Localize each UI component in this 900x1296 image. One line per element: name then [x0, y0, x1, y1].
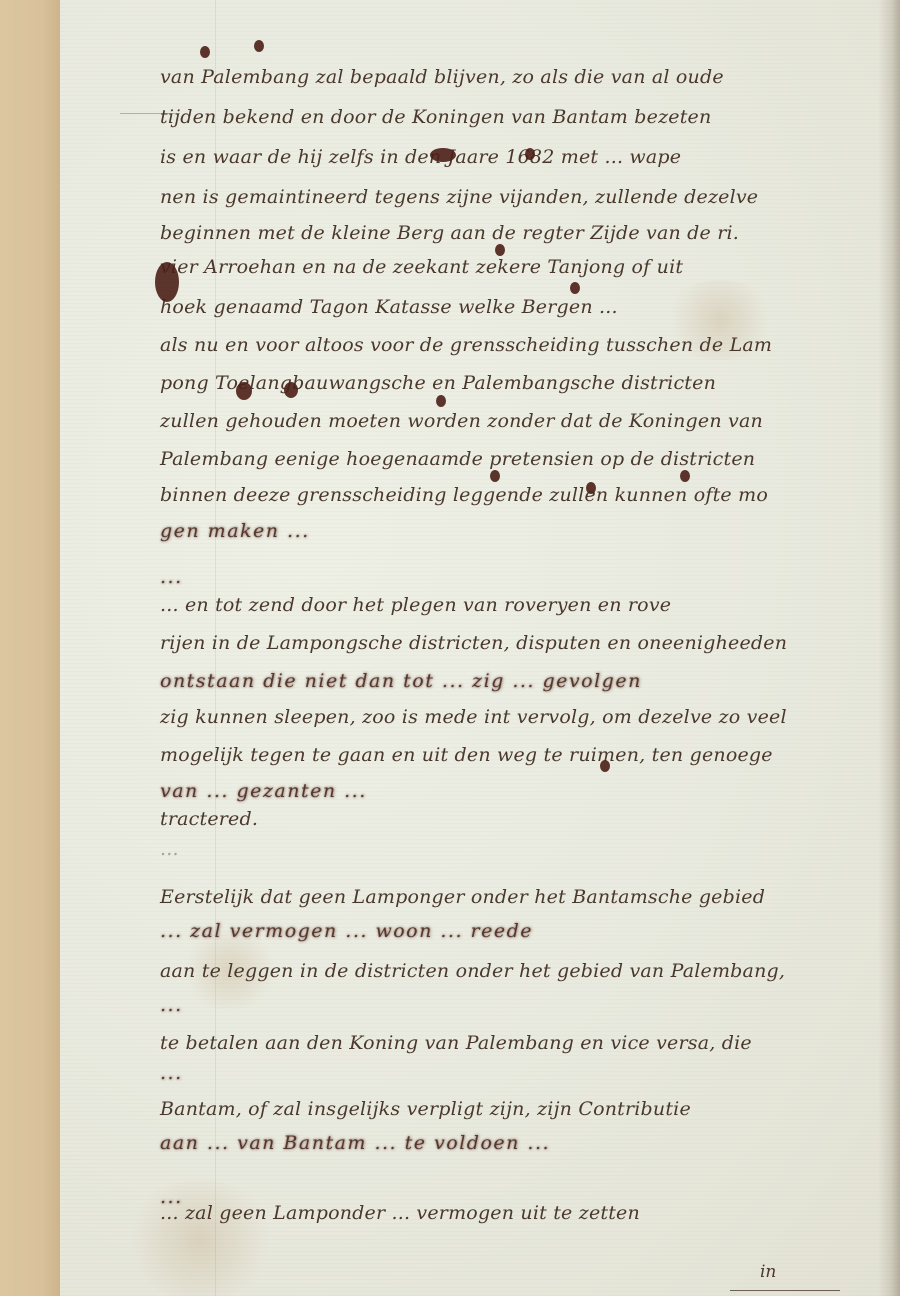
ink-blot: [570, 282, 580, 294]
text-line-bleed: ...: [160, 1062, 880, 1084]
text-line-bleed: ... zal vermogen ... woon ... reede: [160, 920, 880, 942]
text-line-bleed: aan ... van Bantam ... te voldoen ...: [160, 1132, 880, 1154]
ink-blot: [254, 40, 264, 52]
text-line: tractered.: [160, 808, 880, 830]
ink-blot: [430, 148, 456, 162]
ink-blot: [495, 244, 505, 256]
text-line: nen is gemaintineerd tegens zijne vijand…: [160, 186, 880, 208]
text-line: mogelijk tegen te gaan en uit den weg te…: [160, 744, 880, 766]
catchword-flourish: [730, 1290, 840, 1291]
ink-blot: [490, 470, 500, 482]
text-line: pong Toelangbauwangsche en Palembangsche…: [160, 372, 880, 394]
text-line: vier Arroehan en na de zeekant zekere Ta…: [160, 256, 880, 278]
text-line: zig kunnen sleepen, zoo is mede int verv…: [160, 706, 880, 728]
text-line: zullen gehouden moeten worden zonder dat…: [160, 410, 880, 432]
ink-blot: [200, 46, 210, 58]
adjacent-page-edge: [0, 0, 61, 1296]
ink-blot: [155, 262, 179, 302]
page-binding-shadow: [878, 0, 900, 1296]
text-line: rijen in de Lampongsche districten, disp…: [160, 632, 880, 654]
ink-blot: [236, 382, 252, 400]
text-line: tijden bekend en door de Koningen van Ba…: [160, 106, 880, 128]
ink-blot: [525, 148, 535, 160]
text-line: binnen deeze grensscheiding leggende zul…: [160, 484, 880, 506]
catchword: in: [760, 1262, 776, 1282]
text-line-faint: ...: [160, 838, 880, 860]
text-line: aan te leggen in de districten onder het…: [160, 960, 880, 982]
text-line-bleed: ...: [160, 994, 880, 1016]
ink-blot: [284, 382, 298, 398]
text-line: te betalen aan den Koning van Palembang …: [160, 1032, 880, 1054]
text-line: ... en tot zend door het plegen van rove…: [160, 594, 880, 616]
text-line: beginnen met de kleine Berg aan de regte…: [160, 222, 880, 244]
text-line: Bantam, of zal insgelijks verpligt zijn,…: [160, 1098, 880, 1120]
ink-blot: [600, 760, 610, 772]
text-line: is en waar de hij zelfs in den Jaare 168…: [160, 146, 880, 168]
ink-blot: [586, 482, 596, 494]
text-line: hoek genaamd Tagon Katasse welke Bergen …: [160, 296, 880, 318]
ink-blot: [680, 470, 690, 482]
text-line: Palembang eenige hoegenaamde pretensien …: [160, 448, 880, 470]
text-line-bleed: van ... gezanten ...: [160, 780, 880, 802]
text-line-bleed: ...: [160, 566, 880, 588]
ink-blot: [436, 395, 446, 407]
text-line-bleed: gen maken ...: [160, 520, 880, 542]
text-line: van Palembang zal bepaald blijven, zo al…: [160, 66, 880, 88]
text-line: ... zal geen Lamponder ... vermogen uit …: [160, 1202, 880, 1224]
text-line-bleed: ontstaan die niet dan tot ... zig ... ge…: [160, 670, 880, 692]
text-line: als nu en voor altoos voor de grensschei…: [160, 334, 880, 356]
text-line: Eerstelijk dat geen Lamponger onder het …: [160, 886, 880, 908]
